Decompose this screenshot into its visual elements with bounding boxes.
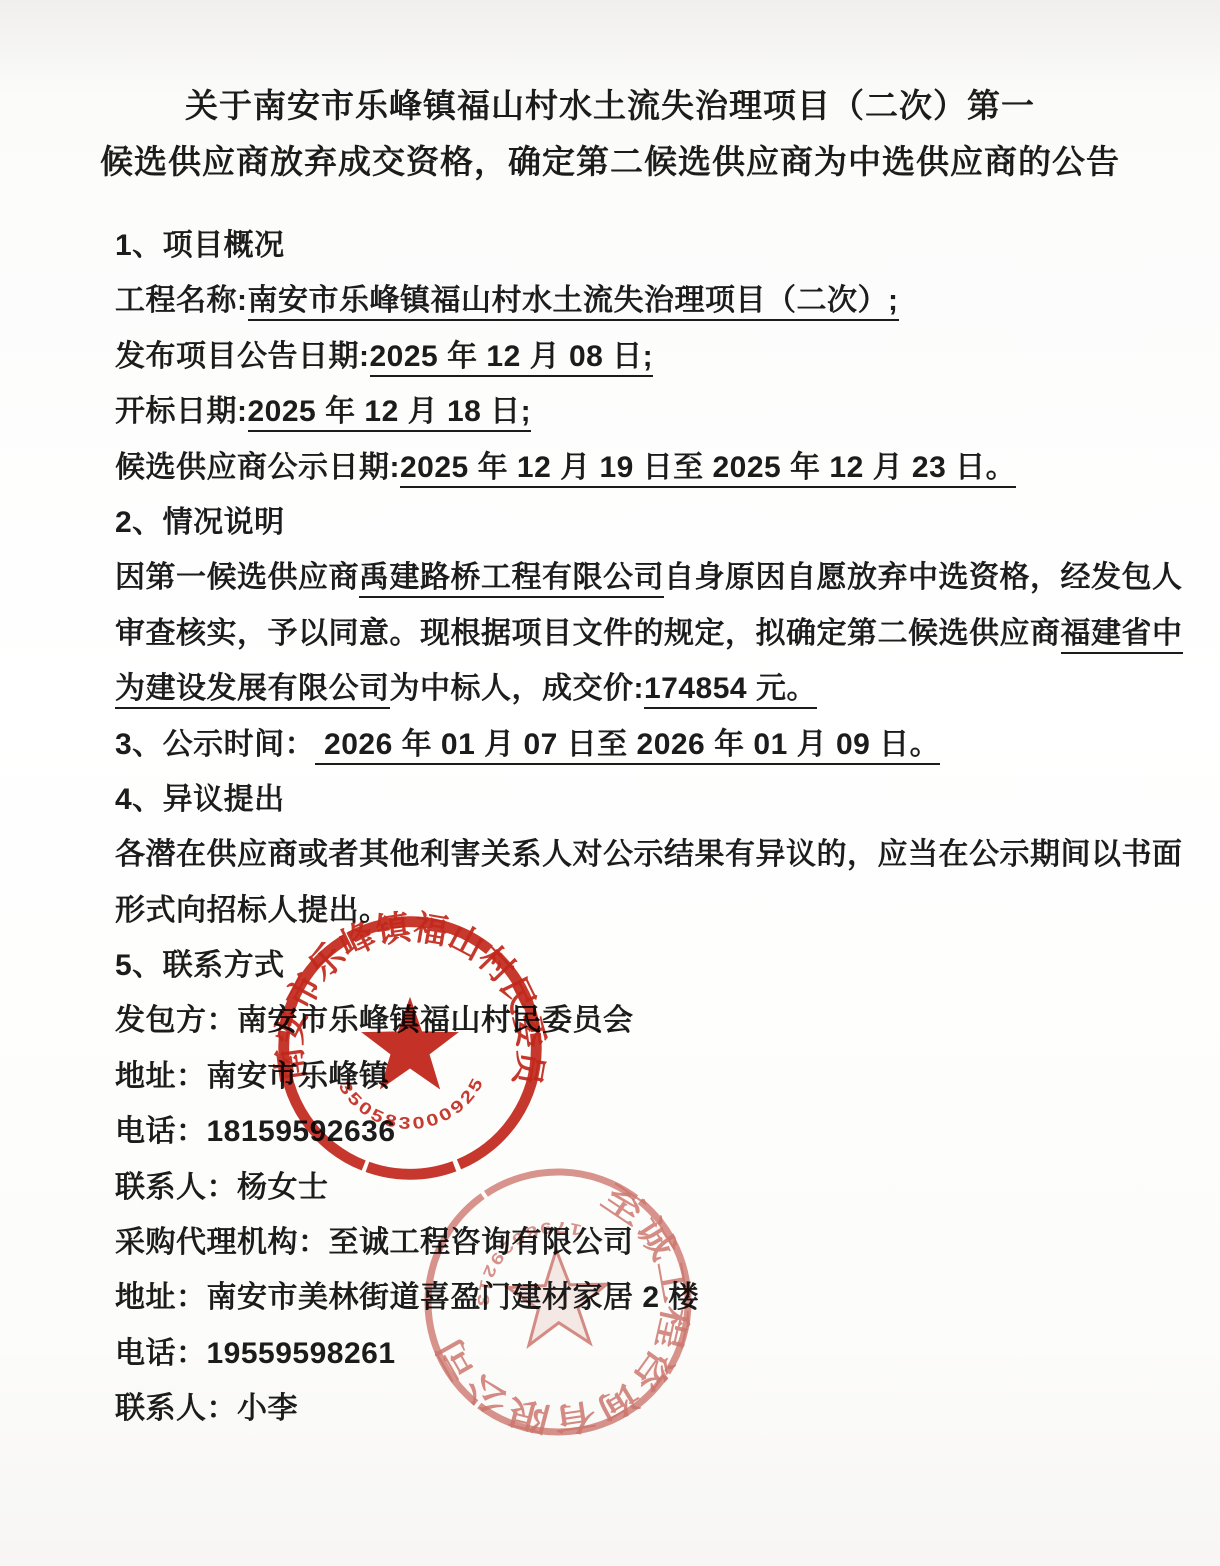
text-run: 5、联系方式 <box>115 949 285 982</box>
text-run: 联系人：杨女士 <box>115 1171 329 1204</box>
title-line-2: 候选供应商放弃成交资格，确定第二候选供应商为中选供应商的公告 <box>0 134 1220 190</box>
underlined-text: 174854 元。 <box>644 672 817 709</box>
text-run: 3、公示时间： <box>115 728 315 761</box>
text-run: 采购代理机构：至诚工程咨询有限公司 <box>115 1226 634 1259</box>
text-run: 形式向招标人提出。 <box>115 894 390 927</box>
document-body: 1、项目概况工程名称:南安市乐峰镇福山村水土流失治理项目（二次）;发布项目公告日… <box>115 218 1150 1437</box>
text-run: 地址：南安市乐峰镇 <box>115 1060 390 1093</box>
text-run: 审查核实，予以同意。现根据项目文件的规定，拟确定第二候选供应商 <box>115 617 1061 650</box>
text-run: 发包方：南安市乐峰镇福山村民委员会 <box>115 1004 634 1037</box>
text-run: 2、情况说明 <box>115 506 285 539</box>
underlined-text: 为建设发展有限公司 <box>115 672 390 709</box>
text-run: 候选供应商公示日期: <box>115 451 400 484</box>
underlined-text: 南安市乐峰镇福山村水土流失治理项目（二次）; <box>248 284 899 321</box>
underlined-text: 福建省中 <box>1061 617 1183 654</box>
text-run: 为中标人，成交价: <box>390 672 645 705</box>
document-line: 联系人：杨女士 <box>115 1160 1150 1215</box>
document-line: 2、情况说明 <box>115 495 1150 550</box>
text-run: 电话：19559598261 <box>115 1337 396 1370</box>
underlined-text: 2026 年 01 月 07 日至 2026 年 01 月 09 日。 <box>315 728 940 765</box>
document-line: 发布项目公告日期:2025 年 12 月 08 日; <box>115 329 1150 384</box>
text-run: 地址：南安市美林街道喜盈门建材家居 2 楼 <box>115 1281 699 1314</box>
text-run: 工程名称: <box>115 284 248 317</box>
text-run: 1、项目概况 <box>115 229 285 262</box>
document-line: 4、异议提出 <box>115 772 1150 827</box>
document-line: 采购代理机构：至诚工程咨询有限公司 <box>115 1215 1150 1270</box>
document-line: 1、项目概况 <box>115 218 1150 273</box>
document-line: 电话：19559598261 <box>115 1326 1150 1381</box>
underlined-text: 2025 年 12 月 19 日至 2025 年 12 月 23 日。 <box>400 451 1016 488</box>
document-page: 关于南安市乐峰镇福山村水土流失治理项目（二次）第一 候选供应商放弃成交资格，确定… <box>0 0 1220 1566</box>
text-run: 电话：18159592636 <box>115 1115 396 1148</box>
underlined-text: 禹建路桥工程有限公司 <box>359 561 664 598</box>
document-line: 发包方：南安市乐峰镇福山村民委员会 <box>115 993 1150 1048</box>
document-line: 形式向招标人提出。 <box>115 883 1150 938</box>
text-run: 因第一候选供应商 <box>115 561 359 594</box>
text-run: 4、异议提出 <box>115 783 285 816</box>
page-title: 关于南安市乐峰镇福山村水土流失治理项目（二次）第一 候选供应商放弃成交资格，确定… <box>0 78 1220 190</box>
document-line: 各潜在供应商或者其他利害关系人对公示结果有异议的，应当在公示期间以书面 <box>115 827 1150 882</box>
document-line: 5、联系方式 <box>115 938 1150 993</box>
underlined-text: 2025 年 12 月 08 日; <box>370 340 654 377</box>
document-line: 地址：南安市乐峰镇 <box>115 1049 1150 1104</box>
text-run: 发布项目公告日期: <box>115 340 370 373</box>
title-line-1: 关于南安市乐峰镇福山村水土流失治理项目（二次）第一 <box>0 78 1220 134</box>
document-line: 联系人：小李 <box>115 1381 1150 1436</box>
document-line: 为建设发展有限公司为中标人，成交价:174854 元。 <box>115 661 1150 716</box>
document-line: 候选供应商公示日期:2025 年 12 月 19 日至 2025 年 12 月 … <box>115 440 1150 495</box>
text-run: 开标日期: <box>115 395 248 428</box>
document-line: 因第一候选供应商禹建路桥工程有限公司自身原因自愿放弃中选资格，经发包人 <box>115 550 1150 605</box>
document-line: 工程名称:南安市乐峰镇福山村水土流失治理项目（二次）; <box>115 273 1150 328</box>
document-line: 3、公示时间： 2026 年 01 月 07 日至 2026 年 01 月 09… <box>115 717 1150 772</box>
document-line: 电话：18159592636 <box>115 1104 1150 1159</box>
text-run: 联系人：小李 <box>115 1392 298 1425</box>
text-run: 各潜在供应商或者其他利害关系人对公示结果有异议的，应当在公示期间以书面 <box>115 838 1183 871</box>
document-line: 审查核实，予以同意。现根据项目文件的规定，拟确定第二候选供应商福建省中 <box>115 606 1150 661</box>
document-line: 开标日期:2025 年 12 月 18 日; <box>115 384 1150 439</box>
text-run: 自身原因自愿放弃中选资格，经发包人 <box>664 561 1183 594</box>
document-line: 地址：南安市美林街道喜盈门建材家居 2 楼 <box>115 1270 1150 1325</box>
underlined-text: 2025 年 12 月 18 日; <box>248 395 532 432</box>
